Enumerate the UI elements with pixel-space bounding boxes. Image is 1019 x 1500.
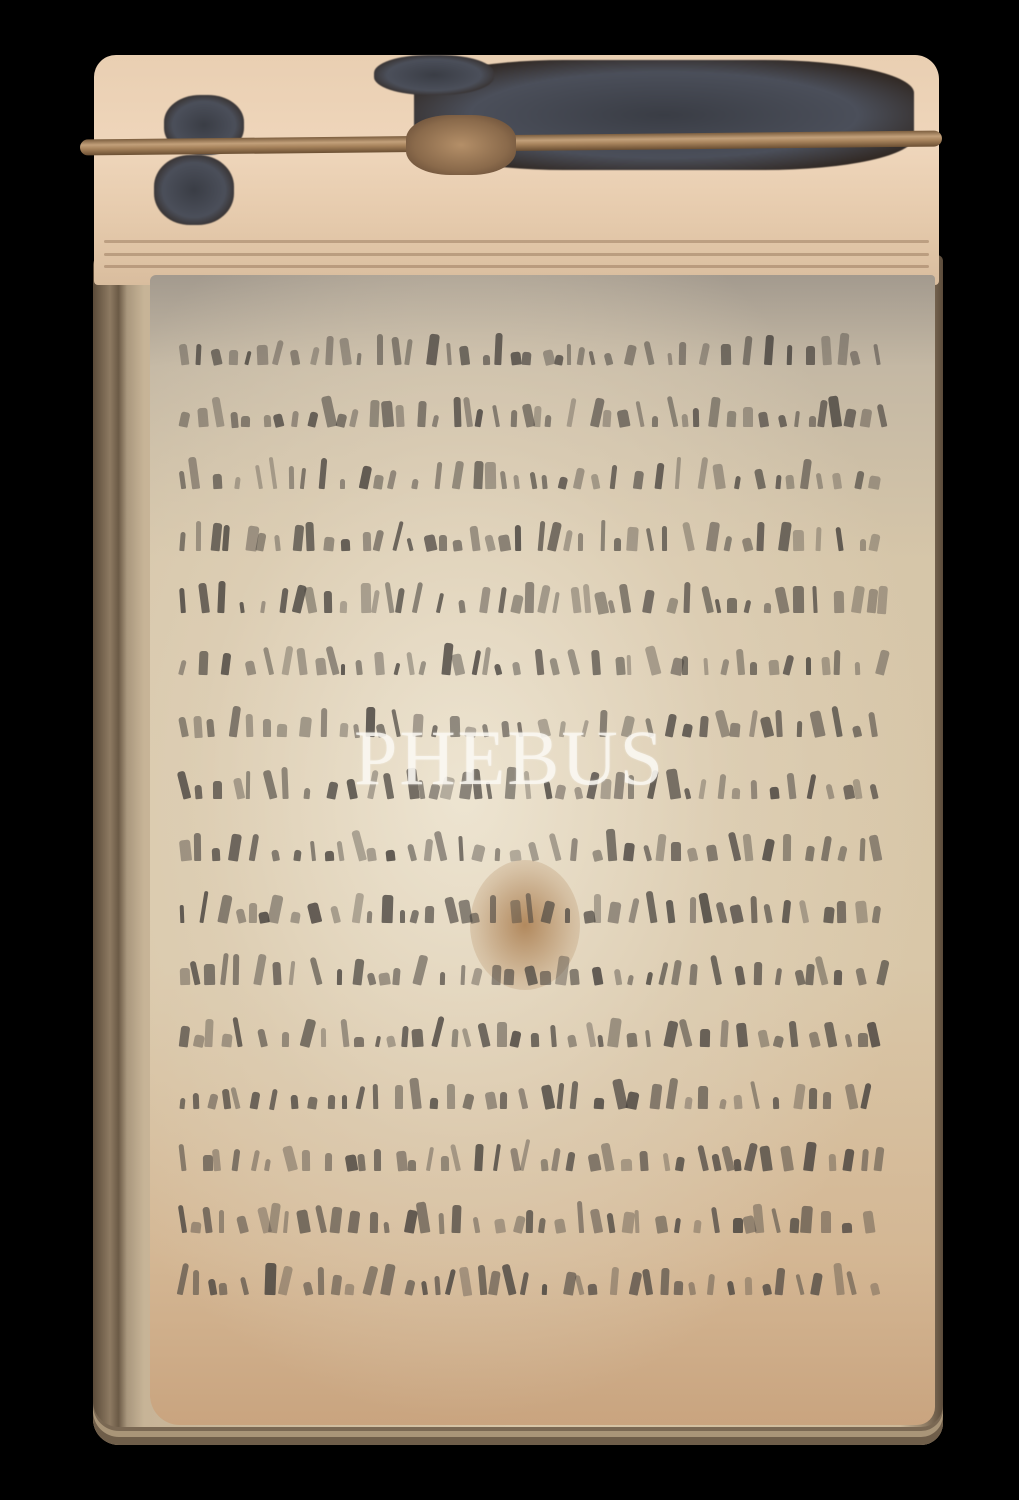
handwriting-line: [180, 831, 905, 865]
string-knot: [406, 115, 516, 175]
handwriting-line: [180, 955, 905, 989]
handwriting-line: [180, 1141, 905, 1175]
handwriting-line: [180, 335, 905, 369]
manuscript-page: [150, 275, 935, 1425]
fold-line: [104, 265, 929, 268]
fold-line: [104, 240, 929, 243]
handwriting-line: [180, 583, 905, 617]
handwriting-line: [180, 397, 905, 431]
handwriting-line: [180, 459, 905, 493]
burn-mark: [374, 55, 494, 95]
handwriting-line: [180, 1203, 905, 1237]
handwriting-line: [180, 521, 905, 555]
handwriting-line: [180, 893, 905, 927]
handwriting-line: [180, 645, 905, 679]
handwriting-line: [180, 1265, 905, 1299]
watermark: PHEBUS: [0, 713, 1019, 803]
burn-mark: [154, 155, 234, 225]
handwriting-line: [180, 1017, 905, 1051]
handwriting-line: [180, 1079, 905, 1113]
fold-line: [104, 253, 929, 256]
cover-flap: [94, 55, 939, 285]
